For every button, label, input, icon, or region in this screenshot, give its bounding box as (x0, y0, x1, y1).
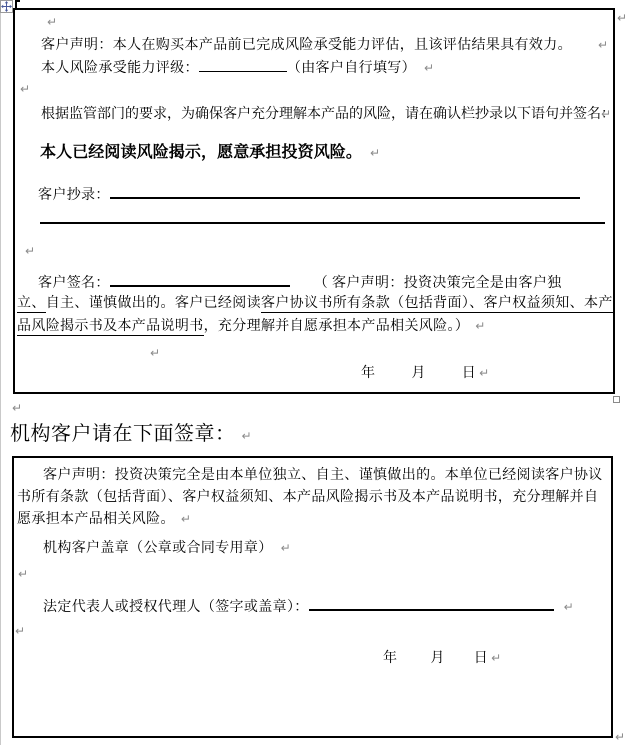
paragraph-mark-icon: ↵ (617, 11, 625, 25)
date-line-individual: 年月日↵ (361, 365, 489, 382)
paren-declaration-line1: （ 客户声明：投资决策完全是由客户独 (314, 276, 562, 291)
org-declaration-line1: 客户声明：投资决策完全是由本单位独立、自主、谨慎做出的。本单位已经阅读客户协议 (43, 467, 603, 484)
risk-rating-label: 本人风险承受能力评级： (41, 61, 199, 76)
paragraph-mark-icon: ↵ (598, 38, 608, 52)
plain-text: ，充分理解并自愿承担本产品相关风险。） (204, 319, 470, 334)
paragraph-mark-icon: ↵ (281, 541, 291, 555)
risk-statement-bold: 本人已经阅读风险揭示，愿意承担投资风险。↵ (40, 143, 380, 163)
customer-copy-label: 客户抄录： (38, 188, 110, 203)
plain-text: 自主、谨慎做出的。客户已经阅读 (46, 296, 261, 311)
customer-copy-line: 客户抄录： (38, 184, 580, 204)
paragraph-mark-icon: ↵ (25, 244, 35, 258)
customer-signature-line: 客户签名：（ 客户声明：投资决策完全是由客户独 (38, 272, 562, 292)
paragraph-mark-icon: ↵ (181, 512, 191, 526)
risk-statement-text: 本人已经阅读风险揭示，愿意承担投资风险。 (40, 144, 362, 161)
date-year-label: 年 (361, 366, 375, 381)
underlined-doc-names: 客户协议书所有条款（包括背面）、客户权益须知、本产 (261, 296, 613, 313)
org-seal-text: 机构客户盖章（公章或合同专用章） (43, 541, 273, 556)
date-day-label: 日 (474, 651, 488, 666)
customer-signature-blank-field[interactable] (110, 272, 290, 287)
underlined-text: 立、 (17, 296, 46, 313)
date-line-institutional: 年月日↵ (383, 650, 501, 667)
table-resize-handle-icon[interactable] (613, 396, 620, 403)
legal-rep-blank-field[interactable] (309, 596, 554, 611)
paragraph-mark-icon: ↵ (150, 346, 160, 360)
paragraph-mark-icon: ↵ (15, 624, 25, 638)
risk-rating-blank-field[interactable] (199, 58, 287, 72)
paragraph-mark-icon: ↵ (601, 107, 611, 121)
paragraph-mark-icon: ↵ (564, 600, 574, 614)
org-sign-prompt-text: 机构客户请在下面签章： (10, 423, 236, 445)
date-month-label: 月 (411, 366, 425, 381)
org-declaration-line3: 愿承担本产品相关风险。↵ (17, 511, 191, 528)
declaration-text: 客户声明：本人在购买本产品前已完成风险承受能力评估，且该评估结果具有效力。 (41, 38, 572, 53)
risk-rating-note: （由客户自行填写） (287, 61, 416, 76)
customer-copy-second-rule[interactable] (40, 206, 605, 224)
underlined-doc-names: 品风险揭示书及本产品说明书 (17, 319, 204, 336)
customer-signature-label: 客户签名： (38, 276, 110, 291)
paragraph-mark-icon: ↵ (20, 82, 30, 96)
paragraph-mark-icon: ↵ (242, 429, 252, 443)
paren-declaration-line3: 品风险揭示书及本产品说明书，充分理解并自愿承担本产品相关风险。）↵ (17, 318, 485, 335)
declaration-line: 客户声明：本人在购买本产品前已完成风险承受能力评估，且该评估结果具有效力。↵ (41, 37, 608, 54)
customer-copy-blank-field[interactable] (110, 184, 580, 199)
paragraph-mark-icon: ↵ (479, 366, 489, 380)
paragraph-mark-icon: ↵ (370, 146, 380, 160)
table-move-handle-icon[interactable] (0, 0, 13, 13)
legal-rep-line: 法定代表人或授权代理人（签字或盖章）：↵ (43, 596, 574, 616)
date-day-label: 日 (462, 366, 476, 381)
paragraph-mark-icon: ↵ (615, 730, 625, 744)
paren-declaration-line2: 立、自主、谨慎做出的。客户已经阅读客户协议书所有条款（包括背面）、客户权益须知、… (17, 295, 613, 312)
risk-rating-line: 本人风险承受能力评级：（由客户自行填写）↵ (41, 58, 434, 77)
org-declaration-line2: 书所有条款（包括背面）、客户权益须知、本产品风险揭示书及本产品说明书，充分理解并… (17, 489, 598, 506)
paragraph-mark-icon: ↵ (18, 567, 28, 581)
org-declaration-text: 愿承担本产品相关风险。 (17, 512, 175, 527)
date-year-label: 年 (383, 651, 397, 666)
page-left-edge (0, 0, 1, 745)
paragraph-mark-icon: ↵ (12, 401, 22, 415)
text-cursor-mark-hook (17, 0, 20, 2)
paragraph-mark-icon: ↵ (424, 61, 434, 75)
paragraph-mark-icon: ↵ (475, 319, 485, 333)
document-page: ↵ ↵ 客户声明：本人在购买本产品前已完成风险承受能力评估，且该评估结果具有效力… (0, 0, 625, 745)
paragraph-mark-icon: ↵ (47, 15, 57, 29)
instruction-line: 根据监管部门的要求，为确保客户充分理解本产品的风险，请在确认栏抄录以下语句并签名… (41, 106, 615, 123)
date-month-label: 月 (430, 651, 444, 666)
legal-rep-label: 法定代表人或授权代理人（签字或盖章）： (43, 600, 309, 615)
org-sign-prompt: 机构客户请在下面签章：↵ (10, 423, 252, 447)
paragraph-mark-icon: ↵ (491, 651, 501, 665)
org-seal-line: 机构客户盖章（公章或合同专用章）↵ (43, 540, 291, 557)
